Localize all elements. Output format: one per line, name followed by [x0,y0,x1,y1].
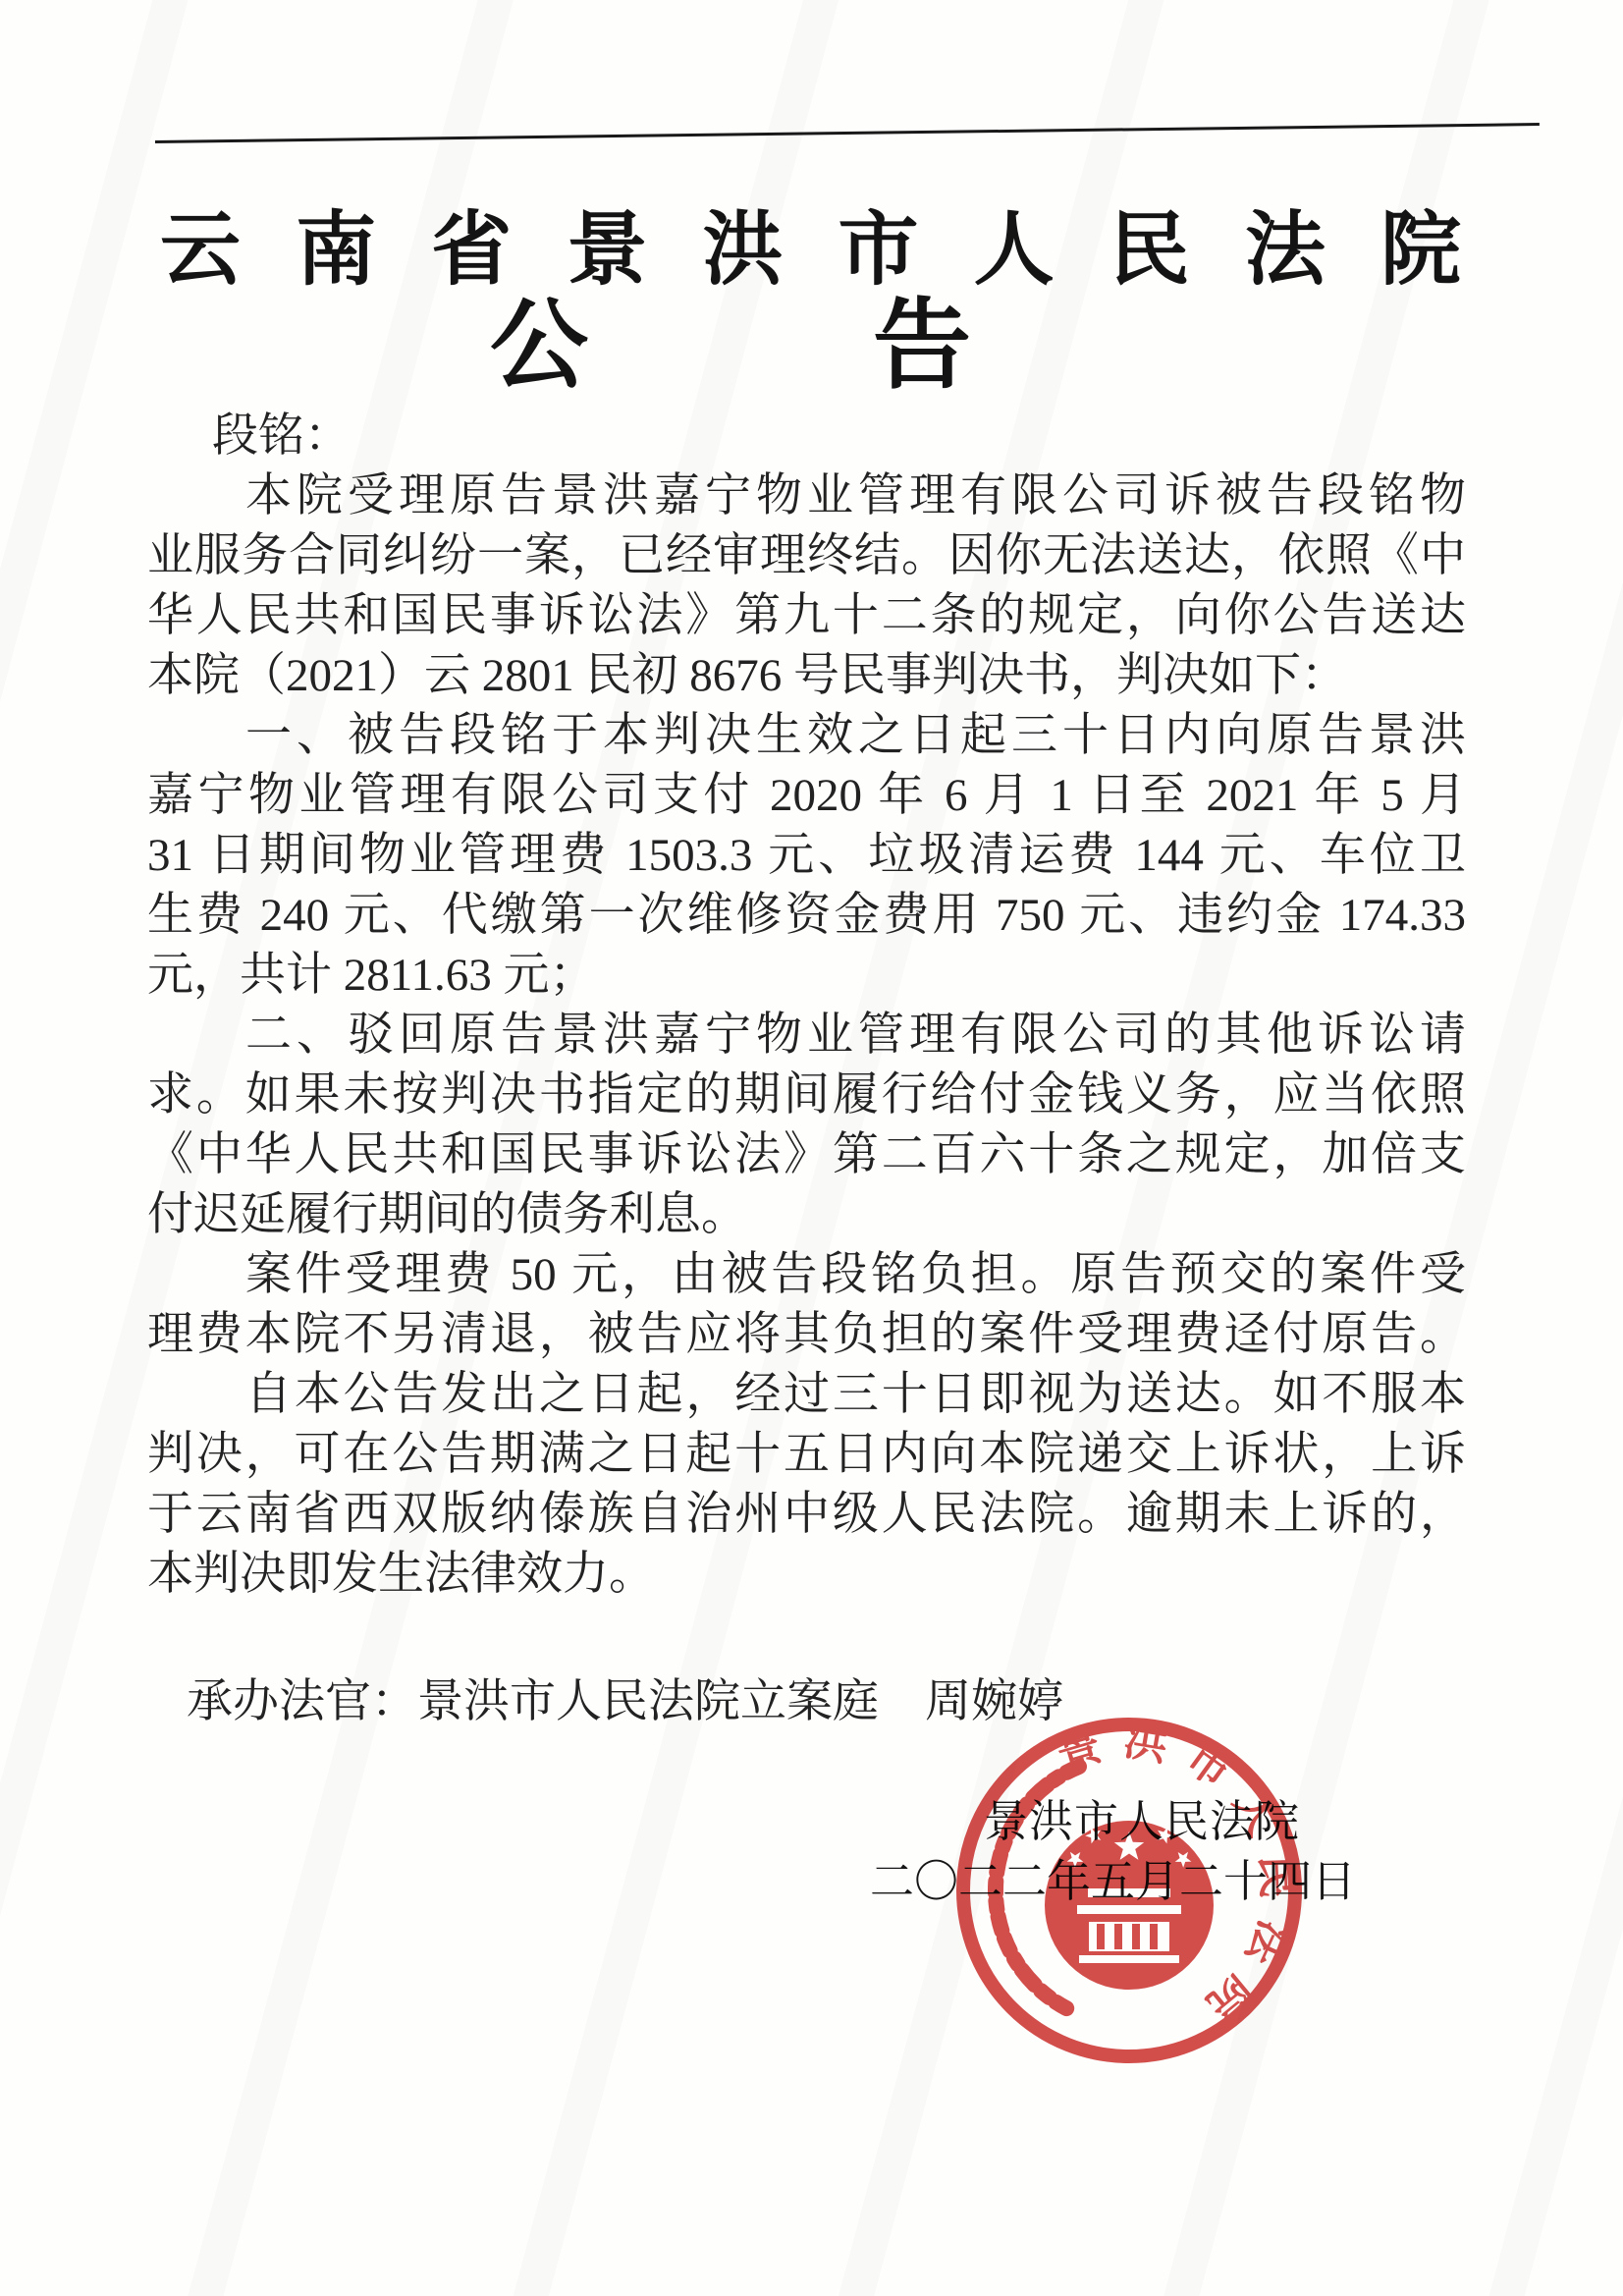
body-line: 生费 240 元、代缴第一次维修资金费用 750 元、违约金 174.33 [147,886,1466,946]
body-line: 自本公告发出之日起，经过三十日即视为送达。如不服本 [147,1365,1466,1425]
court-seal-icon: 景洪市人民法院 [941,1702,1318,2079]
body-line: 于云南省西双版纳傣族自治州中级人民法院。逾期未上诉的， [147,1485,1466,1545]
top-rule-line [155,123,1540,143]
national-emblem-icon [1045,1821,1214,1990]
body-line: 业服务合同纠纷一案，已经审理终结。因你无法送达，依照《中 [147,526,1466,586]
body-line: 元，共计 2811.63 元； [147,946,1466,1006]
body-line: 嘉宁物业管理有限公司支付 2020 年 6 月 1 日至 2021 年 5 月 [147,766,1466,826]
page-title: 公 告 [118,293,1436,401]
body-line: 案件受理费 50 元，由被告段铭负担。原告预交的案件受 [147,1245,1466,1305]
salutation: 段铭： [147,407,1466,466]
body-line: 华人民共和国民事诉讼法》第九十二条的规定，向你公告送达 [147,586,1466,646]
body-line: 31 日期间物业管理费 1503.3 元、垃圾清运费 144 元、车位卫 [147,826,1466,886]
body-line: 一、被告段铭于本判决生效之日起三十日内向原告景洪 [147,706,1466,766]
announcement-body: 段铭： 本院受理原告景洪嘉宁物业管理有限公司诉被告段铭物 业服务合同纠纷一案，已… [147,407,1466,1605]
body-line: 《中华人民共和国民事诉讼法》第二百六十条之规定，加倍支 [147,1125,1466,1185]
body-line: 二、驳回原告景洪嘉宁物业管理有限公司的其他诉讼请 [147,1006,1466,1066]
body-line: 求。如果未按判决书指定的期间履行给付金钱义务，应当依照 [147,1066,1466,1125]
body-line: 理费本院不另清退，被告应将其负担的案件受理费迳付原告。 [147,1305,1466,1365]
body-line: 本院受理原告景洪嘉宁物业管理有限公司诉被告段铭物 [147,466,1466,526]
body-line: 本判决即发生法律效力。 [147,1545,1466,1605]
court-title: 云南省景洪市人民法院 [160,208,1461,293]
body-line: 判决，可在公告期满之日起十五日内向本院递交上诉状，上诉 [147,1425,1466,1485]
body-line: 付迟延履行期间的债务利息。 [147,1185,1466,1245]
body-line: 本院（2021）云 2801 民初 8676 号民事判决书，判决如下： [147,646,1466,706]
